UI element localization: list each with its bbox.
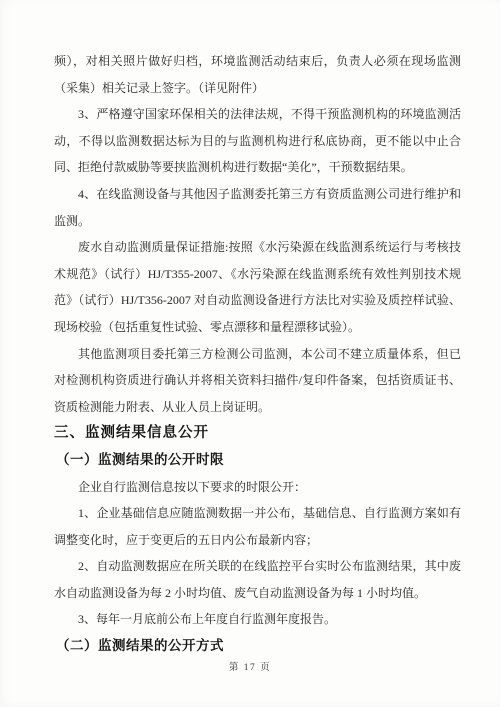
paragraph-disclosure-item-2: 2、自动监测数据应在所关联的在线监控平台实时公布监测结果，其中废水自动监测设备为… <box>54 553 461 606</box>
section-heading-3: 三、监测结果信息公开 <box>54 420 461 447</box>
paragraph-other-monitoring: 其他监测项目委托第三方检测公司监测，本公司不建立质量体系，但已对检测机构资质进行… <box>54 341 461 421</box>
paragraph-disclosure-item-3: 3、每年一月底前公布上年度自行监测年度报告。 <box>54 606 461 633</box>
page-number: 第 17 页 <box>229 663 271 673</box>
scanned-document-page: 频），对相关照片做好归档，环境监测活动结束后，负责人必须在现场监测（采集）相关记… <box>0 0 500 707</box>
page-body-text: 频），对相关照片做好归档，环境监测活动结束后，负责人必须在现场监测（采集）相关记… <box>54 48 461 660</box>
paragraph-item-4: 4、在线监测设备与其他因子监测委托第三方有资质监测公司进行维护和监测。 <box>54 181 461 234</box>
paragraph-disclosure-intro: 企业自行监测信息按以下要求的时限公开： <box>54 474 461 501</box>
paragraph-wastewater-qa: 废水自动监测质量保证措施:按照《水污染源在线监测系统运行与考核技术规范》（试行）… <box>54 234 461 340</box>
paragraph-item-3: 3、严格遵守国家环保相关的法律法规，不得干预监测机构的环境监测活动，不得以监测数… <box>54 101 461 181</box>
paragraph-continuation: 频），对相关照片做好归档，环境监测活动结束后，负责人必须在现场监测（采集）相关记… <box>54 48 461 101</box>
page-footer: 第 17 页 <box>0 659 500 673</box>
paragraph-disclosure-item-1: 1、企业基础信息应随监测数据一并公布，基础信息、自行监测方案如有调整变化时，应于… <box>54 500 461 553</box>
sub-heading-3-1: （一）监测结果的公开时限 <box>54 447 461 474</box>
sub-heading-3-2: （二）监测结果的公开方式 <box>54 633 461 660</box>
